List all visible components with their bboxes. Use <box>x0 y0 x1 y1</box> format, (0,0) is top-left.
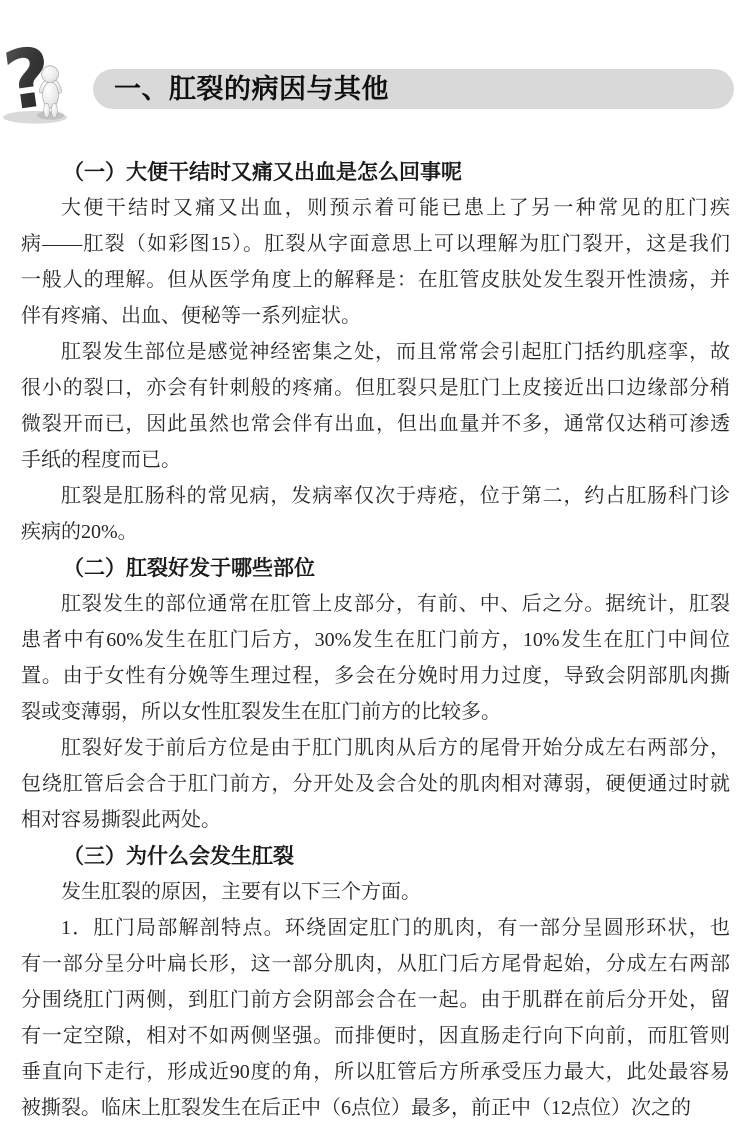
text-line: 被撕裂。临床上肛裂发生在后正中（6点位）最多，前正中（12点位）次之的 <box>21 1090 730 1126</box>
text-line: 疾病的20%。 <box>21 514 730 550</box>
text-line: 分围绕肛门两侧，到肛门前方会阴部会合在一起。由于肌群在前后分开处，留 <box>21 982 730 1018</box>
text-line: 大便干结时又痛又出血，则预示着可能已患上了另一种常见的肛门疾 <box>21 190 730 226</box>
text-line: 肛裂发生的部位通常在肛管上皮部分，有前、中、后之分。据统计，肛裂 <box>21 586 730 622</box>
text-line: 伴有疼痛、出血、便秘等一系列症状。 <box>21 298 730 334</box>
chapter-title: 一、肛裂的病因与其他 <box>93 69 734 109</box>
question-figure-icon: ? <box>2 33 70 125</box>
section-heading: （一）大便干结时又痛又出血是怎么回事呢 <box>21 154 730 190</box>
text-line: 一般人的理解。但从医学角度上的解释是：在肛管皮肤处发生裂开性溃疡，并 <box>21 262 730 298</box>
text-line: 包绕肛管后会合于肛门前方，分开处及会合处的肌肉相对薄弱，硬便通过时就 <box>21 766 730 802</box>
text-line: 肛裂是肛肠科的常见病，发病率仅次于痔疮，位于第二，约占肛肠科门诊 <box>21 478 730 514</box>
text-line: 有一定空隙，相对不如两侧坚强。而排便时，因直肠走行向下向前，而肛管则 <box>21 1018 730 1054</box>
text-line: 相对容易撕裂此两处。 <box>21 802 730 838</box>
page-container: ? 一、肛裂的病因与其他 （一）大便干结时又痛又出血是怎么回事呢大便干结时又痛又… <box>0 0 754 1141</box>
book-page: { "banner": { "title": "一、肛裂的病因与其他", "bg… <box>0 0 754 1141</box>
text-line: 置。由于女性有分娩等生理过程，多会在分娩时用力过度，导致会阴部肌肉撕 <box>21 658 730 694</box>
text-line: 手纸的程度而已。 <box>21 442 730 478</box>
text-line: 有一部分呈分叶扁长形，这一部分肌肉，从肛门后方尾骨起始，分成左右两部 <box>21 946 730 982</box>
text-line: 患者中有60%发生在肛门后方，30%发生在肛门前方，10%发生在肛门中间位 <box>21 622 730 658</box>
text-line: 肛裂好发于前后方位是由于肛门肌肉从后方的尾骨开始分成左右两部分， <box>21 730 730 766</box>
chapter-banner: 一、肛裂的病因与其他 <box>93 69 734 109</box>
text-line: 病——肛裂（如彩图15）。肛裂从字面意思上可以理解为肛门裂开，这是我们 <box>21 226 730 262</box>
section-heading: （二）肛裂好发于哪些部位 <box>21 550 730 586</box>
text-line: 裂或变薄弱，所以女性肛裂发生在肛门前方的比较多。 <box>21 694 730 730</box>
text-line: 发生肛裂的原因，主要有以下三个方面。 <box>21 874 730 910</box>
text-line: 很小的裂口，亦会有针刺般的疼痛。但肛裂只是肛门上皮接近出口边缘部分稍 <box>21 370 730 406</box>
section-heading: （三）为什么会发生肛裂 <box>21 838 730 874</box>
text-line: 肛裂发生部位是感觉神经密集之处，而且常常会引起肛门括约肌痉挛，故 <box>21 334 730 370</box>
text-line: 1．肛门局部解剖特点。环绕固定肛门的肌肉，有一部分呈圆形环状，也 <box>21 910 730 946</box>
document-body: （一）大便干结时又痛又出血是怎么回事呢大便干结时又痛又出血，则预示着可能已患上了… <box>21 154 730 1126</box>
text-line: 垂直向下走行，形成近90度的角，所以肛管后方所承受压力最大，此处最容易 <box>21 1054 730 1090</box>
text-line: 微裂开而已，因此虽然也常会伴有出血，但出血量并不多，通常仅达稍可渗透 <box>21 406 730 442</box>
